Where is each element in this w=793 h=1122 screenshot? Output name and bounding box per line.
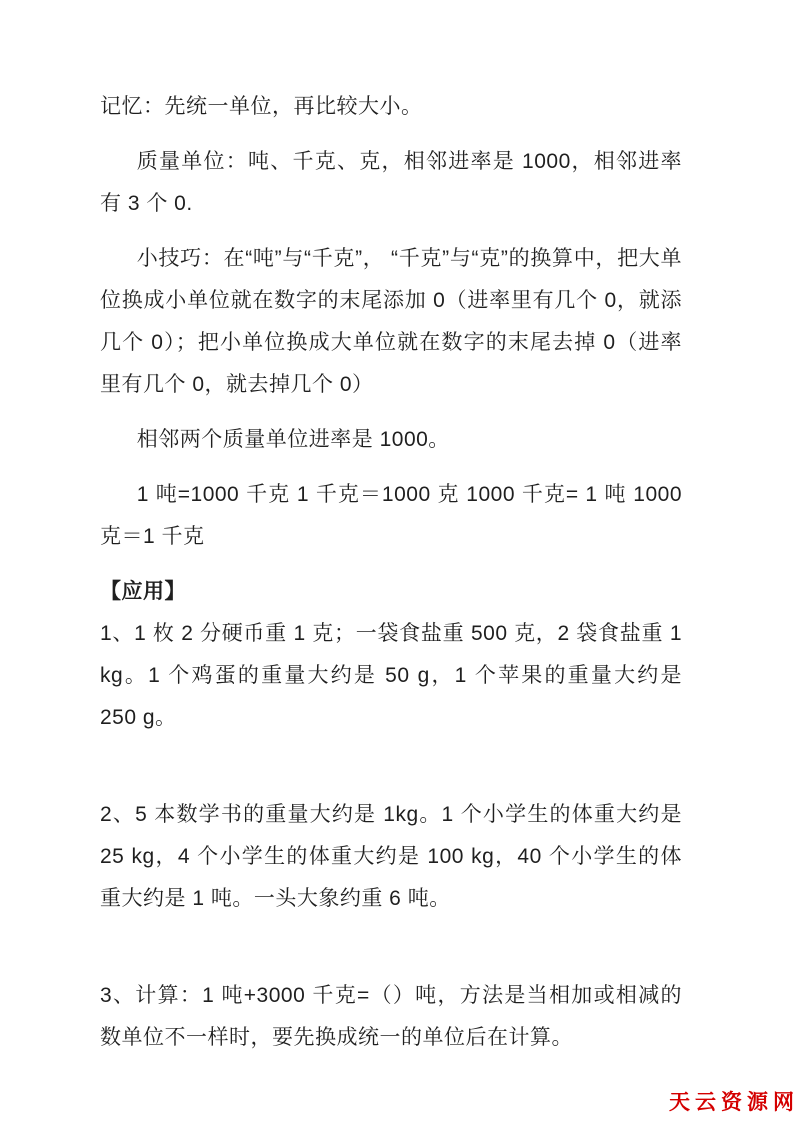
paragraph: 3、计算：1 吨+3000 千克=（）吨，方法是当相加或相减的数单位不一样时，要… xyxy=(100,975,682,1059)
paragraph: 记忆：先统一单位，再比较大小。 xyxy=(100,86,682,128)
document-page: 记忆：先统一单位，再比较大小。质量单位：吨、千克、克，相邻进率是 1000，相邻… xyxy=(0,0,793,1122)
paragraph: 2、5 本数学书的重量大约是 1kg。1 个小学生的体重大约是 25 kg，4 … xyxy=(100,794,682,920)
section-heading: 【应用】 xyxy=(100,571,682,613)
paragraph: 相邻两个质量单位进率是 1000。 xyxy=(100,419,682,461)
watermark: 天云资源网 xyxy=(669,1086,793,1116)
paragraph: 1、1 枚 2 分硬币重 1 克；一袋食盐重 500 克，2 袋食盐重 1 kg… xyxy=(100,613,682,739)
paragraph: 1 吨=1000 千克 1 千克＝1000 克 1000 千克= 1 吨 100… xyxy=(100,474,682,558)
document-body: 记忆：先统一单位，再比较大小。质量单位：吨、千克、克，相邻进率是 1000，相邻… xyxy=(100,86,682,1072)
paragraph: 质量单位：吨、千克、克，相邻进率是 1000，相邻进率有 3 个 0. xyxy=(100,141,682,225)
paragraph: 小技巧：在“吨”与“千克”， “千克”与“克”的换算中，把大单位换成小单位就在数… xyxy=(100,238,682,406)
